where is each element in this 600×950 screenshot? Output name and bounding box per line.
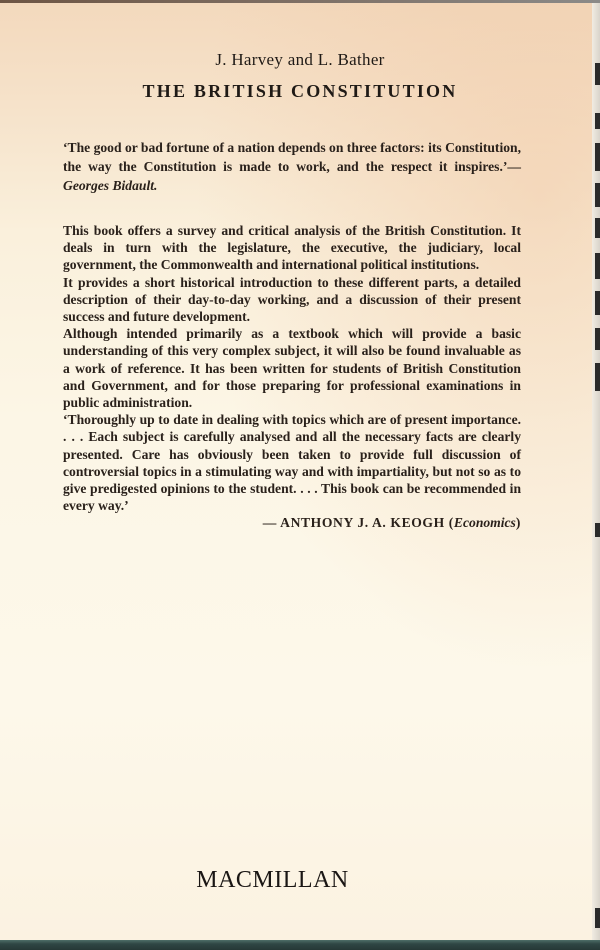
cover-binding-band — [0, 940, 600, 950]
authors: J. Harvey and L. Bather — [0, 50, 600, 70]
epigraph-attribution: Georges Bidault. — [63, 178, 157, 193]
spine-lettering — [595, 328, 600, 350]
spine-edge — [592, 3, 600, 941]
spine-lettering — [595, 218, 600, 238]
publisher: MACMILLAN — [0, 867, 545, 894]
description: This book offers a survey and critical a… — [63, 222, 521, 532]
review-quote: ‘Thoroughly up to date in dealing with t… — [63, 411, 521, 514]
spine-lettering — [595, 253, 600, 279]
paren-open: ( — [445, 515, 454, 530]
spine-lettering — [595, 523, 600, 537]
reviewer-name: — ANTHONY J. A. KEOGH — [263, 515, 445, 530]
epigraph-quote: ‘The good or bad fortune of a nation dep… — [63, 140, 521, 174]
spine-lettering — [595, 908, 600, 928]
description-paragraph: This book offers a survey and critical a… — [63, 222, 521, 274]
spine-lettering — [595, 183, 600, 207]
spine-lettering — [595, 63, 600, 85]
spine-lettering — [595, 291, 600, 315]
epigraph: ‘The good or bad fortune of a nation dep… — [63, 138, 521, 195]
spine-lettering — [595, 363, 600, 391]
description-paragraph: It provides a short historical introduct… — [63, 274, 521, 326]
review-attribution: — ANTHONY J. A. KEOGH (Economics) — [63, 514, 521, 531]
book-title: THE BRITISH CONSTITUTION — [0, 81, 600, 102]
review-source: Economics — [454, 515, 516, 530]
paren-close: ) — [516, 515, 521, 530]
description-paragraph: Although intended primarily as a textboo… — [63, 325, 521, 411]
book-back-cover: J. Harvey and L. Bather THE BRITISH CONS… — [0, 3, 600, 941]
spine-lettering — [595, 113, 600, 129]
spine-lettering — [595, 143, 600, 171]
